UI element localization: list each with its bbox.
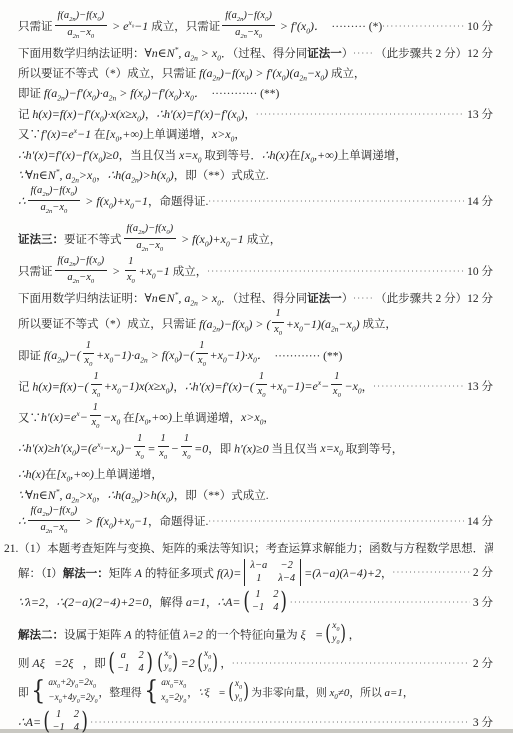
paren-right: ): [81, 709, 88, 733]
score-label: 10 分: [464, 18, 493, 34]
dot-leader: ········································…: [392, 568, 469, 577]
paren-left: (: [197, 652, 203, 673]
equation-column: ax0+2y0=2x0−x0+4y0=2y0: [48, 678, 97, 706]
doc-line-25: 则 Aξ⃗=2ξ⃗，即(a2−14)(x0y0)=2(x0y0)，·······…: [18, 650, 495, 676]
fraction-numerator: f(a2n)−f(x0): [55, 256, 108, 271]
line-content: 记 h(x)=f(x)−(1x0+x0−1)x(x≥x0)，∴h′(x)=f′(…: [18, 372, 373, 401]
math-run: f′(x)=ex−1: [41, 127, 91, 141]
math-run: > f′(x0)．: [277, 19, 320, 33]
doc-line-6: 又∵f′(x)=ex−1 在[x0,+∞)上单调递增，x>x0，: [18, 125, 495, 143]
math-run: ∵ξ⃗=: [198, 687, 226, 699]
text-run: 取到等号，: [343, 443, 403, 455]
text-run: 当且仅当: [269, 443, 321, 455]
math-run: [x0,+∞): [135, 410, 172, 424]
math-run: ∴h′(x)=f′(x)−(: [185, 379, 254, 393]
text-run: 要证不等式: [64, 234, 122, 246]
equation-system: {ax0=x0x0=2y0: [143, 678, 187, 706]
math-run: =: [147, 441, 155, 455]
math-run: f(a2n)−f(x0) > (: [199, 317, 270, 331]
math-run: −: [171, 441, 179, 455]
line-content: 即证 f(a2n)−f′(x0)·a2n > f(x0)−f′(x0)·x0． …: [18, 84, 279, 102]
math-run: f(a2n)−(: [44, 348, 81, 362]
text-run: 所以要证不等式（*）成立，只需证: [18, 319, 199, 331]
line-content: 只需证f(a2n)−f(x0)a2n−x0 > 1x0+x0−1 成立，: [18, 256, 207, 287]
fraction-denominator: x0: [198, 354, 206, 369]
text-run: ，即: [208, 443, 234, 455]
text-run-bold: 证法三：: [18, 234, 64, 246]
math-fraction: 1x0: [256, 372, 267, 400]
doc-line-16: 又∵h′(x)=ex−1x0−x0 在[x0,+∞)上单调递增，x>x0，: [18, 403, 495, 432]
math-run: ∴h(x): [18, 467, 45, 481]
doc-line-17: ∴h′(x)≥h′(x0)=(ex0−x0)−1x0=1x0−1x0=0，即 h…: [18, 434, 495, 463]
text-run: 上单调递增，: [172, 412, 241, 424]
doc-line-15: 记 h(x)=f(x)−(1x0+x0−1)x(x≥x0)，∴h′(x)=f′(…: [18, 372, 495, 401]
text-run: ，: [187, 687, 198, 699]
math-run: > f(x0)+x0−1: [178, 232, 247, 246]
math-run: ξ⃗=: [301, 628, 324, 642]
text-run: ，: [381, 567, 393, 579]
text-run: ，: [403, 687, 414, 699]
text-run: 又∵: [18, 412, 41, 424]
dot-leader: ········································…: [373, 382, 464, 391]
text-run: 在: [45, 469, 57, 481]
math-run: +x0−1)x(x≥x0): [104, 379, 174, 393]
matrix-cell: 2: [138, 650, 143, 662]
text-run: 又∵: [18, 129, 41, 141]
doc-line-5: 记 h(x)=f(x)−f′(x0)·x(x≥x0)，∴h′(x)=f′(x)−…: [18, 105, 495, 123]
math-run: x=x0: [179, 148, 201, 162]
math-run: f(a2n)−f′(x0)·a2n > f(x0)−f′(x0)·x0．: [44, 86, 200, 100]
fraction-denominator: a2n−x0: [67, 271, 94, 286]
vector-cell: y0: [235, 692, 242, 705]
math-run: +x0−1: [138, 264, 172, 278]
math-run: ∵∀n∈N*, a2n>x0: [18, 168, 96, 182]
math-run: h′(x)=ex−: [41, 410, 88, 424]
fraction-denominator: x0: [84, 354, 92, 369]
text-run: ，整理得: [99, 687, 142, 699]
doc-line-26: 即{ax0+2y0=2x0−x0+4y0=2y0，整理得{ax0=x0x0=2y…: [18, 678, 495, 707]
column-vector: (x0y0): [156, 650, 180, 675]
fraction-numerator: 1: [90, 403, 101, 416]
text-run-bold: 解法二：: [18, 630, 64, 642]
math-fraction: 1x0: [83, 341, 94, 369]
vector-cell: x0: [332, 622, 339, 634]
math-run: ∴(2−a)(2−4)+2=0: [56, 595, 148, 609]
text-run: 即证: [18, 350, 44, 362]
math-run: ∴h(x): [262, 148, 289, 162]
doc-line-20: ∴f(a2n)−f(x0)a2n−x0 > f(x0)+x0−1，命题得证.··…: [18, 506, 495, 537]
math-fraction: 1x0: [134, 434, 145, 462]
text-run: 成立，: [328, 68, 365, 80]
fraction-denominator: x0: [136, 447, 144, 462]
doc-line-23: ∵λ=2，∴(2−a)(2−4)+2=0，解得 a=1，∴A=(12−14)··…: [18, 589, 495, 615]
fraction-numerator: 1: [181, 434, 192, 447]
math-run: x0≠0: [330, 687, 350, 699]
line-content: 解法二：设属于矩阵 A 的特征值 λ=2 的一个特征向量为 ξ⃗=(x0y0)，: [18, 622, 360, 648]
text-run: 则: [18, 658, 32, 670]
vector-cell: x0: [235, 679, 242, 692]
math-run: > f(x0)+x0−1: [82, 194, 148, 208]
score-label: 2 分: [470, 655, 493, 671]
math-run: +x0−1)·a2n > f(x0)−(: [96, 348, 194, 362]
matrix-grid: a2−14: [116, 650, 145, 675]
text-run: 取到等号．: [202, 150, 262, 162]
math-fraction: 1x0: [90, 403, 101, 431]
line-content: 21.（1）本题考查矩阵与变换、矩阵的乘法等知识；考查运算求解能力；函数与方程数…: [4, 539, 493, 557]
math-run: ∴h(a2n)>h(x0): [108, 168, 174, 182]
matrix-cell: 4: [273, 601, 278, 614]
math-fraction: 1x0: [125, 256, 136, 285]
text-run: ）: [342, 293, 354, 305]
math-run: a=1: [186, 595, 206, 609]
matrix-cell: λ−4: [278, 572, 295, 585]
text-run: 解：（Ⅰ）: [18, 567, 63, 579]
paren-left: (: [108, 650, 115, 674]
text-run: ，即: [83, 658, 106, 670]
fraction-denominator: a2n−x0: [41, 201, 68, 216]
text-run: 下面用数学归纳法证明：: [18, 293, 145, 305]
math-run: ∵∀n∈N*, a2n>x0: [18, 488, 96, 502]
line-content: ∵∀n∈N*, a2n>x0，∴h(a2n)>h(x0)，即（**）式成立.: [18, 166, 269, 184]
line-content: 所以要证不等式（*）成立，只需证 f(a2n)−f(x0) > f′(x0)(a…: [18, 64, 365, 82]
fraction-denominator: x0: [258, 385, 266, 400]
score-label: 14 分: [464, 193, 493, 209]
vector-cell: x0: [164, 650, 171, 662]
math-run: −x0: [344, 379, 361, 393]
math-fraction: f(a2n)−f(x0)a2n−x0: [28, 186, 81, 216]
score-label: 13 分: [464, 378, 493, 394]
paren-right: ): [146, 650, 153, 674]
math-run: +x0−1)(a2n−x0): [286, 317, 360, 331]
fraction-numerator: 1: [134, 434, 145, 447]
vector-grid: x0y0: [235, 679, 242, 705]
fraction-denominator: x0: [274, 323, 282, 338]
matrix-2x2: (12−14): [242, 589, 289, 614]
doc-line-7: ∴h′(x)=f′(x)−f′(x0)≥0，当且仅当 x=x0 取到等号．∴h(…: [18, 146, 495, 164]
paren-left: (: [243, 589, 250, 613]
math-run: f(a2n)−f(x0) > f′(x0)(a2n−x0): [199, 66, 328, 80]
line-content: ∴h(x)在[x0,+∞)上单调递增，: [18, 465, 163, 483]
text-run: 成立，只需证: [151, 21, 220, 33]
doc-line-4: 即证 f(a2n)−f′(x0)·a2n > f(x0)−f′(x0)·x0． …: [18, 84, 495, 102]
text-run: 记: [18, 381, 32, 393]
doc-line-1: 只需证f(a2n)−f(x0)a2n−x0 > ex0−1 成立，只需证f(a2…: [18, 11, 495, 42]
text-run: 即: [18, 687, 29, 699]
paren-left: (: [157, 652, 163, 673]
math-run: +x0−1)=ex−: [269, 379, 329, 393]
math-run: >: [109, 264, 123, 278]
math-run: x=x0: [320, 441, 342, 455]
text-run: ，: [362, 381, 374, 393]
line-content: 下面用数学归纳法证明：∀n∈N*, a2n > x0．（过程、得分同证法一）: [18, 289, 353, 307]
doc-line-24: 解法二：设属于矩阵 A 的特征值 λ=2 的一个特征向量为 ξ⃗=(x0y0)，: [18, 622, 495, 648]
text-run-bold: 证法一: [307, 48, 342, 60]
doc-line-22: 解：（Ⅰ）解法一：矩阵 A 的特征多项式 f(λ)=λ−a−21λ−4=(λ−a…: [18, 559, 495, 587]
text-run: 记: [18, 109, 32, 121]
line-content: 解：（Ⅰ）解法一：矩阵 A 的特征多项式 f(λ)=λ−a−21λ−4=(λ−a…: [18, 559, 392, 587]
math-fraction: f(a2n)−f(x0)a2n−x0: [55, 11, 108, 41]
math-run: f(λ)=: [217, 565, 242, 579]
fraction-numerator: f(a2n)−f(x0): [28, 506, 81, 521]
dot-leader: ········································…: [290, 598, 470, 607]
math-run: > ex0−1: [109, 19, 151, 33]
fraction-numerator: 1: [83, 341, 94, 354]
document-content: 只需证f(a2n)−f(x0)a2n−x0 > ex0−1 成立，只需证f(a2…: [18, 11, 495, 733]
text-run: 即证: [18, 88, 44, 100]
equation-row: x0=2y0: [161, 692, 186, 706]
line-content: ∴h′(x)≥h′(x0)=(ex0−x0)−1x0=1x0−1x0=0，即 h…: [18, 434, 403, 463]
dot-leader: ········································…: [382, 22, 464, 31]
line-content: ∴f(a2n)−f(x0)a2n−x0 > f(x0)+x0−1，命题得证.: [18, 506, 208, 537]
math-run: ∴h(a2n)>h(x0): [108, 488, 174, 502]
math-run: +x0−1)·x0．: [210, 348, 263, 362]
doc-line-8: ∵∀n∈N*, a2n>x0，∴h(a2n)>h(x0)，即（**）式成立.: [18, 166, 495, 184]
paren-right: ): [173, 652, 179, 673]
math-fraction: 1x0: [272, 309, 283, 337]
fraction-denominator: x0: [183, 447, 191, 462]
text-run: 成立，: [247, 234, 282, 246]
math-run: > f(x0)+x0−1: [82, 514, 148, 528]
dot-leader: ········································…: [353, 294, 372, 303]
text-run: ，命题得证.: [148, 196, 208, 208]
paren-right: ): [341, 623, 347, 644]
text-run: 成立，: [360, 319, 397, 331]
math-run: ∀n∈N*, a2n > x0: [145, 46, 221, 60]
paren-left: (: [325, 623, 331, 644]
text-run: 在: [120, 412, 134, 424]
math-run: =0: [194, 441, 208, 455]
line-content: 即{ax0+2y0=2x0−x0+4y0=2y0，整理得{ax0=x0x0=2y…: [18, 678, 414, 707]
matrix-grid: 12−14: [251, 589, 280, 614]
doc-line-18: ∴h(x)在[x0,+∞)上单调递增，: [18, 465, 495, 483]
text-run: ，即（**）式成立.: [174, 490, 269, 502]
fraction-numerator: 1: [158, 434, 169, 447]
doc-line-14: 即证 f(a2n)−(1x0+x0−1)·a2n > f(x0)−(1x0+x0…: [18, 341, 495, 370]
line-content: 下面用数学归纳法证明：∀n∈N*, a2n > x0．（过程、得分同证法一）: [18, 44, 353, 62]
paren-right: ): [281, 589, 288, 613]
column-vector: (x0y0): [324, 622, 348, 647]
dot-leader: ········································…: [208, 197, 464, 206]
equation-column: ax0=x0x0=2y0: [161, 678, 186, 706]
equation-system: {ax0+2y0=2x0−x0+4y0=2y0: [30, 678, 98, 706]
vector-cell: x0: [204, 650, 211, 662]
fraction-denominator: a2n−x0: [136, 239, 163, 254]
equation-row: ax0=x0: [161, 678, 186, 691]
doc-line-19: ∵∀n∈N*, a2n>x0，∴h(a2n)>h(x0)，即（**）式成立.: [18, 486, 495, 504]
text-run: 在: [289, 150, 301, 162]
text-run: 设属于矩阵: [64, 630, 124, 642]
line-content: 只需证f(a2n)−f(x0)a2n−x0 > ex0−1 成立，只需证f(a2…: [18, 11, 382, 42]
text-run: ，: [220, 658, 232, 670]
fraction-numerator: f(a2n)−f(x0): [222, 11, 275, 26]
math-run: h(x)=f(x)−f′(x0)·x(x≥x0): [32, 107, 144, 121]
fraction-numerator: 1: [91, 372, 102, 385]
math-run: A: [135, 565, 142, 579]
fraction-numerator: 1: [256, 372, 267, 385]
text-run: 上单调递增，: [94, 469, 163, 481]
line-content: 即证 f(a2n)−(1x0+x0−1)·a2n > f(x0)−(1x0+x0…: [18, 341, 342, 370]
matrix-2x2: (12−14): [42, 709, 89, 733]
fraction-numerator: f(a2n)−f(x0): [124, 224, 177, 239]
text-run: 只需证: [18, 266, 53, 278]
matrix-cell: 1: [256, 572, 261, 585]
math-fraction: f(a2n)−f(x0)a2n−x0: [28, 506, 81, 536]
matrix-cell: −1: [252, 601, 264, 614]
math-fraction: 1x0: [196, 341, 207, 369]
math-run: ∴A=: [217, 595, 240, 609]
dot-leader: ········································…: [90, 718, 469, 727]
vector-grid: x0y0: [204, 650, 211, 675]
paren-left: (: [43, 709, 50, 733]
text-run: 的特征值: [132, 630, 184, 642]
text-run: 为非零向量，则: [251, 687, 329, 699]
score-label: 10 分: [464, 263, 493, 279]
math-run: [x0,+∞): [300, 148, 337, 162]
math-fraction: 1x0: [181, 434, 192, 462]
math-run: x>x0: [212, 127, 234, 141]
math-run: A: [124, 628, 131, 642]
fraction-denominator: a2n−x0: [41, 521, 68, 536]
text-run: ．（过程、得分同: [221, 293, 307, 305]
text-run: 21.（1）本题考查矩阵与变换、矩阵的乘法等知识；考查运算求解能力；函数与方程数…: [4, 543, 493, 555]
line-content: ∵λ=2，∴(2−a)(2−4)+2=0，解得 a=1，∴A=(12−14): [18, 589, 290, 615]
fraction-denominator: x0: [333, 385, 341, 400]
text-run: 的特征多项式: [142, 567, 217, 579]
score-label: 13 分: [464, 106, 493, 122]
matrix-2x2: (a2−14): [107, 650, 154, 675]
line-content: 又∵h′(x)=ex−1x0−x0 在[x0,+∞)上单调递增，x>x0，: [18, 403, 275, 432]
text-run: 下面用数学归纳法证明：: [18, 48, 145, 60]
matrix-cell: 1: [255, 589, 260, 601]
text-run: ············ (**): [263, 350, 343, 362]
text-run: ，: [96, 170, 108, 182]
score-label: （此步骤共 2 分）12 分: [372, 45, 493, 61]
equation-row: −x0+4y0=2y0: [48, 692, 97, 706]
text-run-bold: 证法一: [307, 293, 342, 305]
math-run: x>x0: [241, 410, 263, 424]
fraction-denominator: x0: [91, 416, 99, 431]
paren-right: ): [243, 681, 249, 702]
text-run: ，即（**）式成立.: [174, 170, 269, 182]
math-fraction: 1x0: [158, 434, 169, 462]
text-run: ，: [96, 490, 108, 502]
matrix-cell: 2: [273, 589, 278, 601]
vector-cell: y0: [332, 634, 339, 647]
math-fraction: f(a2n)−f(x0)a2n−x0: [55, 256, 108, 286]
dot-leader: ········································…: [353, 49, 372, 58]
score-label: 3 分: [470, 714, 493, 730]
math-run: [x0,+∞): [56, 467, 93, 481]
dot-leader: ········································…: [208, 517, 464, 526]
paren-left: (: [228, 681, 234, 702]
text-run: ，所以: [349, 687, 384, 699]
doc-line-27: ∴A=(12−14)······························…: [18, 709, 495, 733]
text-run: ．（过程、得分同: [221, 48, 307, 60]
math-fraction: f(a2n)−f(x0)a2n−x0: [222, 11, 275, 41]
determinant-2x2: λ−a−21λ−4: [244, 559, 301, 586]
text-run: ，: [349, 630, 361, 642]
math-run: h(x)=f(x)−(: [32, 379, 88, 393]
vector-cell: y0: [164, 662, 171, 675]
text-run-bold: 解法一：: [63, 567, 109, 579]
text-run: ，命题得证.: [148, 516, 208, 528]
math-run: [x0,+∞): [106, 127, 143, 141]
score-label: 3 分: [470, 594, 493, 610]
matrix-cell: −1: [117, 662, 129, 675]
text-run: ，当且仅当: [119, 150, 179, 162]
math-run: −x0: [103, 410, 120, 424]
text-run: ）: [342, 48, 354, 60]
math-run: ∴: [18, 514, 26, 528]
math-run: a=1: [384, 687, 402, 699]
line-content: 则 Aξ⃗=2ξ⃗，即(a2−14)(x0y0)=2(x0y0)，: [18, 650, 232, 676]
text-run: ，: [234, 129, 246, 141]
fraction-numerator: 1: [196, 341, 207, 354]
line-content: 所以要证不等式（*）成立，只需证 f(a2n)−f(x0) > (1x0+x0−…: [18, 309, 397, 338]
text-run: ············ (**): [200, 88, 280, 100]
brace-left: {: [31, 679, 45, 704]
doc-line-9: ∴f(a2n)−f(x0)a2n−x0 > f(x0)+x0−1，命题得证.··…: [18, 186, 495, 217]
fraction-numerator: 1: [272, 309, 283, 322]
matrix-cell: −1: [52, 721, 64, 733]
doc-line-12: 下面用数学归纳法证明：∀n∈N*, a2n > x0．（过程、得分同证法一）··…: [18, 289, 495, 307]
text-run: ，: [145, 109, 157, 121]
math-run: ∴h′(x)=f′(x)−f′(x0)≥0: [18, 148, 119, 162]
determinant-grid: λ−a−21λ−4: [249, 559, 296, 585]
math-run: λ=2: [183, 628, 202, 642]
text-run: 所以要证不等式（*）成立，只需证: [18, 68, 199, 80]
math-fraction: 1x0: [331, 372, 342, 400]
math-run: ∴h′(x)≥h′(x0)=(ex0−x0)−: [18, 441, 132, 455]
dot-leader: ········································…: [256, 110, 464, 119]
dot-leader: ········································…: [232, 659, 470, 668]
column-vector: (x0y0): [196, 650, 220, 675]
fraction-denominator: x0: [159, 447, 167, 462]
text-run: ，解得: [148, 597, 185, 609]
math-fraction: f(a2n)−f(x0)a2n−x0: [124, 224, 177, 254]
text-run: ，: [45, 597, 57, 609]
fraction-numerator: f(a2n)−f(x0): [55, 11, 108, 26]
line-content: ∴A=(12−14): [18, 709, 90, 733]
math-run: ∴h′(x)=f′(x)−f′(x0): [156, 107, 244, 121]
math-run: Aξ⃗=2ξ⃗: [32, 656, 82, 670]
text-run: 只需证: [18, 21, 53, 33]
matrix-cell: 2: [74, 709, 79, 721]
matrix-cell: 4: [74, 721, 79, 733]
matrix-cell: λ−a: [250, 559, 267, 572]
line-content: ∴h′(x)=f′(x)−f′(x0)≥0，当且仅当 x=x0 取到等号．∴h(…: [18, 146, 407, 164]
math-run: ∴: [18, 194, 26, 208]
fraction-denominator: x0: [127, 271, 135, 286]
vector-grid: x0y0: [164, 650, 171, 675]
fraction-numerator: 1: [331, 372, 342, 385]
fraction-denominator: x0: [92, 385, 100, 400]
matrix-cell: −2: [281, 559, 293, 572]
column-vector: (x0y0): [227, 679, 251, 705]
text-run: 在: [91, 129, 105, 141]
matrix-cell: 4: [138, 662, 143, 675]
fraction-denominator: a2n−x0: [235, 26, 262, 41]
score-label: （此步骤共 2 分）12 分: [372, 290, 493, 306]
doc-line-10: 证法三：要证不等式f(a2n)−f(x0)a2n−x0 > f(x0)+x0−1…: [18, 224, 495, 255]
line-content: ∵∀n∈N*, a2n>x0，∴h(a2n)>h(x0)，即（**）式成立.: [18, 486, 269, 504]
text-run: 的一个特征向量为: [203, 630, 301, 642]
text-run: ，: [244, 109, 256, 121]
fraction-numerator: 1: [125, 256, 136, 270]
score-label: 14 分: [464, 513, 493, 529]
text-run: ，: [173, 381, 185, 393]
math-run: ∴A=: [18, 715, 41, 729]
